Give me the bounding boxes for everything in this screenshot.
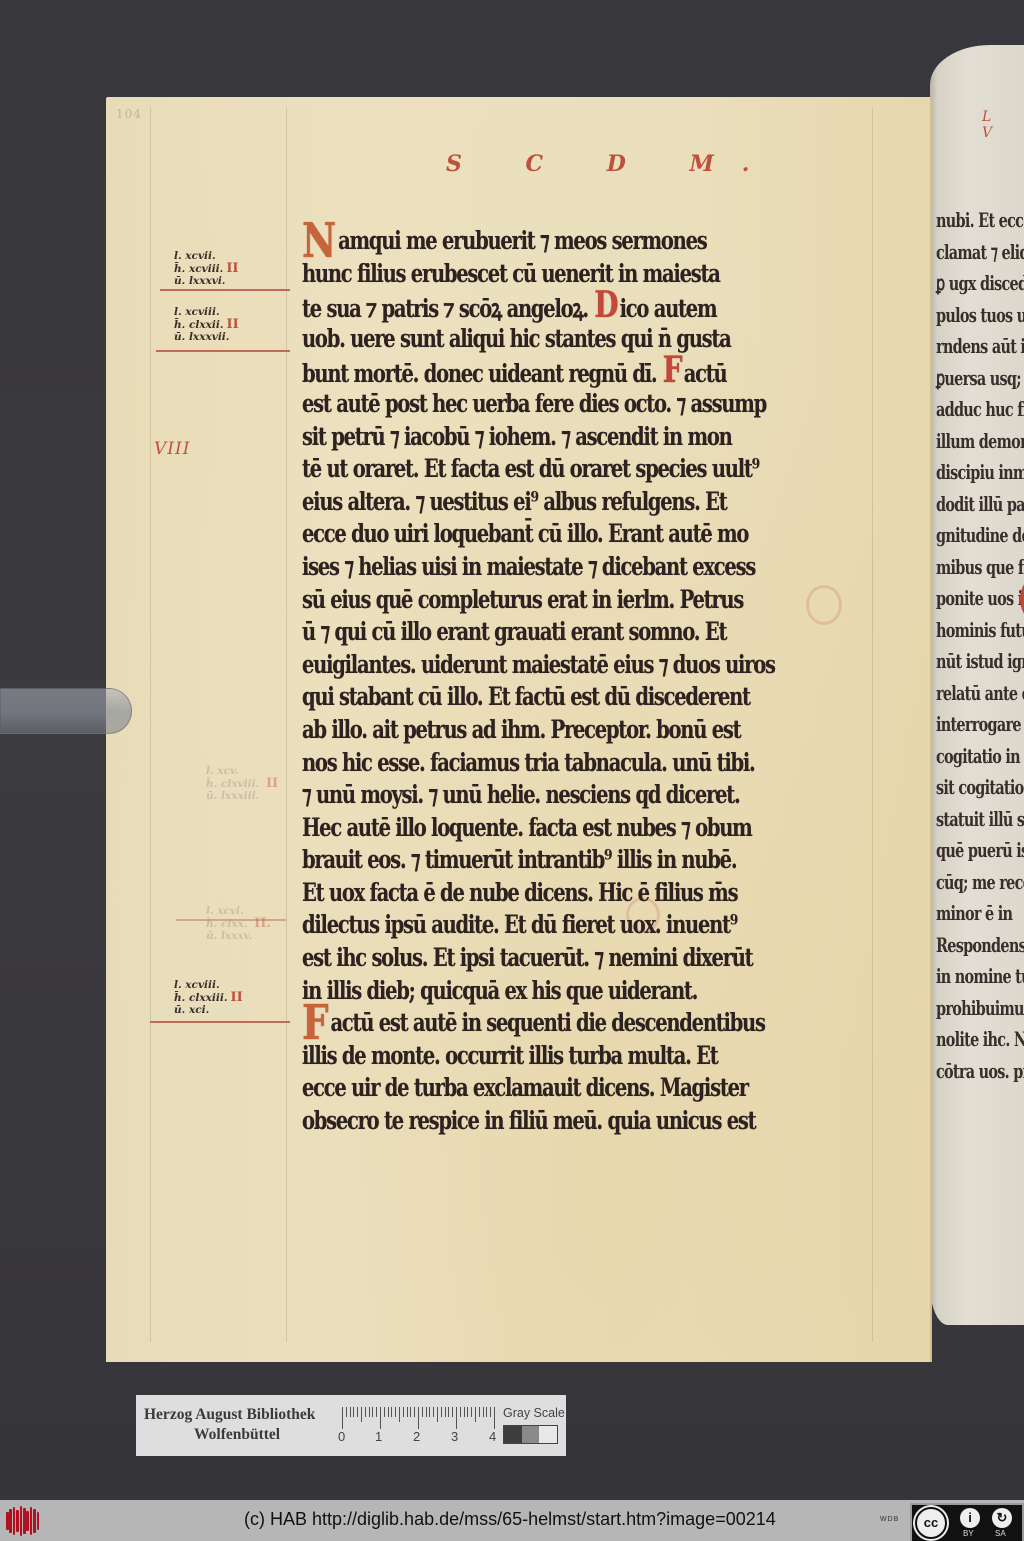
- facing-text-line: dodit illū patri: [936, 489, 1024, 521]
- text-line: obsecro te respice in filiū meū. quia un…: [302, 1105, 762, 1138]
- gray-scale-swatches: [503, 1425, 558, 1444]
- text-line: eius altera. ⁊ uestitus ei⁹ albus refulg…: [302, 486, 762, 519]
- text-line: tē ut oraret. Et facta est dū oraret spe…: [302, 453, 762, 486]
- text-line: Namqui me erubuerit ⁊ meos sermones: [302, 225, 762, 258]
- ruling-line: [150, 107, 151, 1342]
- text-line: in illis dieb; quicquā ex his que uidera…: [302, 975, 762, 1008]
- scale-number: 3: [451, 1429, 458, 1444]
- facing-text-line: rndens aūt ihc: [936, 331, 1024, 363]
- marg-line: ū. lxxxvii.: [174, 331, 239, 344]
- text-line: hunc filius erubescet cū uenerit in maie…: [302, 258, 762, 291]
- line-text: nos hic esse. faciamus tria tabnacula. u…: [302, 748, 755, 777]
- facing-text-line: mibus que faciebā: [936, 552, 1024, 584]
- main-text-column: Namqui me erubuerit ⁊ meos sermoneshunc …: [302, 225, 892, 1138]
- rubric-rule: [160, 289, 290, 291]
- gray-swatch-mid: [522, 1426, 540, 1443]
- facing-text-line: discipiu inmund: [936, 457, 1024, 489]
- by-icon: i: [960, 1508, 980, 1528]
- text-line: est autē post hec uerba fere dies octo. …: [302, 388, 762, 421]
- line-text: sū eius quē completurus erat in ierlm. P…: [302, 585, 743, 614]
- facing-page: L V nubi. Et ecce spēclamat ⁊ eliditꝑ ug…: [930, 45, 1024, 1325]
- marg-line: h̄. clxxiii.: [174, 992, 227, 1004]
- line-text: Et uox facta ē de nube dicens. Hic ē fil…: [302, 878, 737, 907]
- line-text: bunt mortē. donec uideant regnū dī.: [302, 359, 656, 388]
- gray-swatch-dark: [504, 1426, 522, 1443]
- facing-text-line: in nomine tuo: [936, 961, 1024, 993]
- facing-text-line: relatū ante eos. ut: [936, 678, 1024, 710]
- facing-text-line: nolite ihc. Nolite p: [936, 1024, 1024, 1056]
- wdb-mark: WDB: [880, 1516, 899, 1523]
- facing-text-line: gnitudine dei.: [936, 520, 1024, 552]
- text-line: illis de monte. occurrit illis turba mul…: [302, 1040, 762, 1073]
- hab-logo-icon[interactable]: [6, 1506, 42, 1536]
- facing-text-line: cōtra uos. pro uob: [936, 1056, 1024, 1088]
- line-text: tē ut oraret. Et facta est dū oraret spe…: [302, 454, 759, 483]
- text-line: qui stabant cū illo. Et factū est dū dis…: [302, 681, 762, 714]
- line-text-tail: actū: [684, 359, 727, 388]
- facing-text-line: ponite uos in cordib⁹: [936, 583, 1024, 615]
- line-text: est ihc solus. Et ipsi tacuerūt. ⁊ nemin…: [302, 943, 752, 972]
- facing-text-line: clamat ⁊ elidit: [936, 237, 1024, 269]
- rubricated-initial: D: [594, 290, 617, 320]
- cc-icon: cc: [915, 1507, 947, 1539]
- rubricated-initial: F: [302, 1007, 327, 1039]
- text-line: brauit eos. ⁊ timuerūt intrantib⁹ illis …: [302, 844, 762, 877]
- text-line: ū ⁊ qui cū illo erant grauati erant somn…: [302, 616, 762, 649]
- text-line: uob. uere sunt aliqui hic stantes qui n̄…: [302, 323, 762, 356]
- viewer-footer: (c) HAB http://diglib.hab.de/mss/65-helm…: [0, 1500, 1024, 1541]
- scale-number: 2: [413, 1429, 420, 1444]
- rubric-rule: [176, 919, 286, 921]
- facing-text-line: quē puerū istū: [936, 835, 1024, 867]
- marginal-note-2: l. xcviii. h̄. clxxii.II ū. lxxxvii.: [174, 306, 239, 344]
- line-text: eius altera. ⁊ uestitus ei⁹ albus refulg…: [302, 487, 727, 516]
- sa-label: SA: [995, 1529, 1006, 1538]
- by-label: BY: [963, 1529, 974, 1538]
- marg-numeral: II: [226, 317, 238, 332]
- marg-numeral: II: [226, 261, 238, 276]
- text-line: Factū est autē in sequenti die descenden…: [302, 1007, 762, 1040]
- show-through-note: l. xcv.h̄. clxviii. IIū. lxxxiii.: [206, 765, 278, 803]
- marg-line: ū. lxxxvi.: [174, 275, 239, 288]
- facing-text-line: pulos tuos ut eic: [936, 300, 1024, 332]
- running-head: S C D M.: [446, 151, 777, 177]
- text-line: sū eius quē completurus erat in ierlm. P…: [302, 584, 762, 617]
- line-text: illis de monte. occurrit illis turba mul…: [302, 1041, 718, 1070]
- text-line: ises ⁊ helias uisi in maiestate ⁊ diceba…: [302, 551, 762, 584]
- facing-text-line: nubi. Et ecce spē: [936, 205, 1024, 237]
- facing-text-line: minor ē in: [936, 898, 1024, 930]
- sa-icon: ↻: [992, 1508, 1012, 1528]
- rubricated-initial: F: [663, 355, 682, 385]
- line-text: ecce uir de turba exclamauit dicens. Mag…: [302, 1073, 748, 1102]
- facing-text-line: adduc huc filiū: [936, 394, 1024, 426]
- facing-text-line: sit cogitationes: [936, 772, 1024, 804]
- facing-text-line: Respondens aūt: [936, 930, 1024, 962]
- copyright-link[interactable]: (c) HAB http://diglib.hab.de/mss/65-helm…: [244, 1509, 776, 1530]
- facing-text-line: prohibuimus eū qu: [936, 993, 1024, 1025]
- marginal-note-3: l. xcviii. h̄. clxxiii.II ū. xci.: [174, 979, 243, 1017]
- text-line: dilectus ipsū audite. Et dū fieret uox. …: [302, 909, 762, 942]
- rubric-rule: [150, 1021, 290, 1023]
- institution-name: Herzog August Bibliothek: [144, 1406, 315, 1424]
- line-text: actū est autē in sequenti die descendent…: [330, 1008, 764, 1037]
- scale-number: 4: [489, 1429, 496, 1444]
- text-line: ⁊ unū moysi. ⁊ unū helie. nesciens qd di…: [302, 779, 762, 812]
- show-through-note: l. xcvi.h̄. clxx. II.ū. lxxxv.: [206, 905, 271, 943]
- line-text: obsecro te respice in filiū meū. quia un…: [302, 1106, 755, 1135]
- facing-text-line: illum demoniū ⁊: [936, 426, 1024, 458]
- marg-line: h̄. clxxii.: [174, 319, 223, 331]
- rubricated-initial: N: [302, 225, 335, 257]
- cc-license-badge[interactable]: cc i ↻ BY SA: [910, 1503, 1024, 1541]
- text-line: ecce uir de turba exclamauit dicens. Mag…: [302, 1072, 762, 1105]
- line-text-tail: ico autem: [620, 294, 717, 323]
- line-text: te sua ⁊ patris ⁊ scōꝝ angeloꝝ.: [302, 294, 588, 323]
- marginal-note-1: l. xcvii. h̄. xcviii.II ū. lxxxvi.: [174, 250, 239, 288]
- facing-text-line: nūt istud ignor: [936, 646, 1024, 678]
- text-line: Et uox facta ē de nube dicens. Hic ē fil…: [302, 877, 762, 910]
- institution-city: Wolfenbüttel: [194, 1426, 280, 1444]
- page-holder-clip: [0, 688, 132, 734]
- line-text: in illis dieb; quicquā ex his que uidera…: [302, 976, 697, 1005]
- line-text: est autē post hec uerba fere dies octo. …: [302, 389, 766, 418]
- facing-running-head: L V: [982, 109, 1024, 141]
- line-text: qui stabant cū illo. Et factū est dū dis…: [302, 682, 750, 711]
- text-line: sit petrū ⁊ iacobū ⁊ iohem. ⁊ ascendit i…: [302, 421, 762, 454]
- chapter-number: VIII: [154, 439, 190, 459]
- folio-number: 104: [116, 107, 142, 121]
- ruling-line: [286, 107, 287, 1342]
- line-text: sit petrū ⁊ iacobū ⁊ iohem. ⁊ ascendit i…: [302, 422, 732, 451]
- ruler-card: Herzog August Bibliothek Wolfenbüttel 0 …: [136, 1395, 566, 1456]
- gray-swatch-light: [539, 1426, 557, 1443]
- gray-scale-label: Gray Scale: [503, 1406, 565, 1420]
- text-line: ecce duo uiri loquebant̄ cū illo. Erant …: [302, 518, 762, 551]
- facing-text-line: cogitatio in eos qu: [936, 741, 1024, 773]
- line-text: dilectus ipsū audite. Et dū fieret uox. …: [302, 910, 737, 939]
- text-line: nos hic esse. faciamus tria tabnacula. u…: [302, 747, 762, 780]
- marg-line: ū. xci.: [174, 1004, 243, 1017]
- text-line: bunt mortē. donec uideant regnū dī.Factū: [302, 355, 762, 388]
- line-text: amqui me erubuerit ⁊ meos sermones: [338, 226, 706, 255]
- line-text: ⁊ unū moysi. ⁊ unū helie. nesciens qd di…: [302, 780, 740, 809]
- facing-text-line: cūq; me recep: [936, 867, 1024, 899]
- facing-text-line: ꝑ ugx discedit d: [936, 268, 1024, 300]
- manuscript-folio: 104 S C D M. l. xcvii. h̄. xcviii.II ū. …: [106, 97, 930, 1362]
- line-text: ū ⁊ qui cū illo erant grauati erant somn…: [302, 617, 726, 646]
- scale-number: 1: [375, 1429, 382, 1444]
- rubric-rule: [156, 350, 290, 352]
- line-text: hunc filius erubescet cū uenerit in maie…: [302, 259, 720, 288]
- facing-text-line: hominis futurū: [936, 615, 1024, 647]
- text-line: Hec autē illo loquente. facta est nubes …: [302, 812, 762, 845]
- text-line: te sua ⁊ patris ⁊ scōꝝ angeloꝝ.Dico aute…: [302, 290, 762, 323]
- line-text: euigilantes. uiderunt maiestatē eius ⁊ d…: [302, 650, 775, 679]
- text-line: euigilantes. uiderunt maiestatē eius ⁊ d…: [302, 649, 762, 682]
- facing-page-text: nubi. Et ecce spēclamat ⁊ eliditꝑ ugx di…: [936, 205, 1024, 1087]
- ruler-scale: [342, 1407, 496, 1429]
- facing-text-line: ꝑuersa usq; qu: [936, 363, 1024, 395]
- facing-text-line: statuit illū secu: [936, 804, 1024, 836]
- text-line: ab illo. ait petrus ad ihm. Preceptor. b…: [302, 714, 762, 747]
- scale-number: 0: [338, 1429, 345, 1444]
- marg-line: h̄. xcviii.: [174, 263, 223, 275]
- text-line: est ihc solus. Et ipsi tacuerūt. ⁊ nemin…: [302, 942, 762, 975]
- line-text: brauit eos. ⁊ timuerūt intrantib⁹ illis …: [302, 845, 736, 874]
- line-text: ecce duo uiri loquebant̄ cū illo. Erant …: [302, 519, 748, 548]
- line-text: Hec autē illo loquente. facta est nubes …: [302, 813, 752, 842]
- facing-text-line: interrogare eū de ho: [936, 709, 1024, 741]
- marg-numeral: II: [230, 990, 242, 1005]
- line-text: ises ⁊ helias uisi in maiestate ⁊ diceba…: [302, 552, 755, 581]
- line-text: ab illo. ait petrus ad ihm. Preceptor. b…: [302, 715, 740, 744]
